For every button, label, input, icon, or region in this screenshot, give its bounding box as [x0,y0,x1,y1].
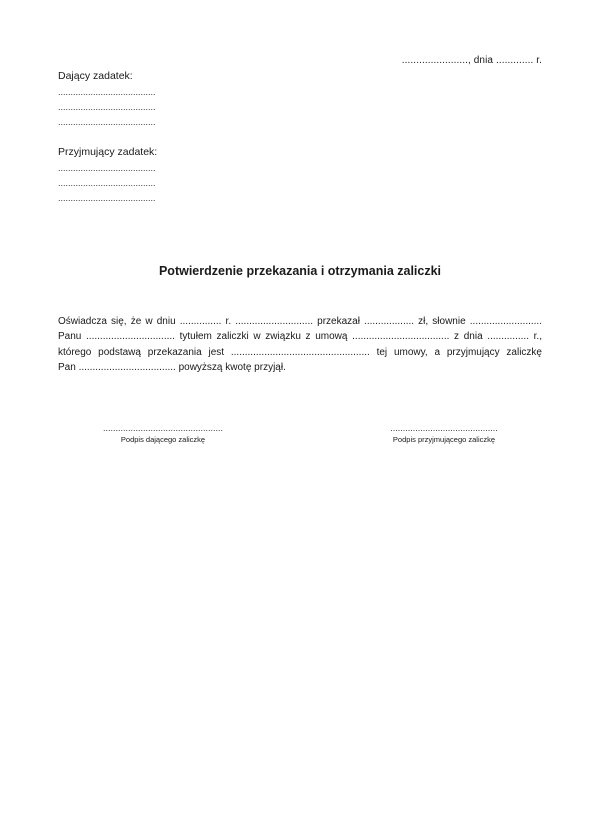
giver-signature: ........................................… [96,423,230,446]
statement-line-4: Pan ................................... … [58,360,542,375]
receiver-line-2: ....................................... [58,176,157,191]
giver-block: Dający zadatek: ........................… [58,69,156,130]
place-and-date-field: ......................., dnia ..........… [402,55,542,66]
giver-line-3: ....................................... [58,115,156,130]
statement-line-3: którego podstawą przekazania jest ......… [58,345,542,360]
statement-line-2: Panu ................................ ty… [58,329,542,344]
statement-line-1: Oświadcza się, że w dniu ...............… [58,314,542,329]
giver-label: Dający zadatek: [58,69,156,84]
giver-signature-line: ........................................… [96,423,230,434]
receiver-line-1: ....................................... [58,161,157,176]
giver-line-1: ....................................... [58,85,156,100]
document-title: Potwierdzenie przekazania i otrzymania z… [0,264,600,278]
receiver-signature: ........................................… [383,423,505,446]
receiver-signature-line: ........................................… [383,423,505,434]
receiver-label: Przyjmujący zadatek: [58,145,157,160]
receiver-line-3: ....................................... [58,191,157,206]
receiver-signature-label: Podpis przyjmującego zaliczkę [383,434,505,446]
giver-line-2: ....................................... [58,100,156,115]
giver-signature-label: Podpis dającego zaliczkę [96,434,230,446]
receiver-block: Przyjmujący zadatek: ...................… [58,145,157,206]
statement-paragraph: Oświadcza się, że w dniu ...............… [58,314,542,375]
